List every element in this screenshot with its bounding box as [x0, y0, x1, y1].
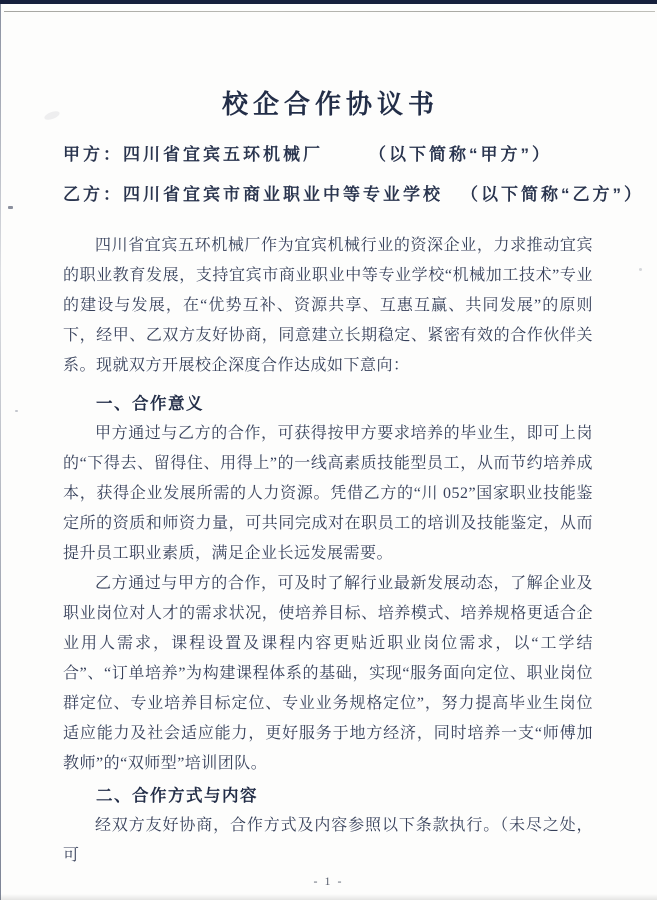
scanned-document-page: 校企合作协议书 甲方：四川省宜宾五环机械厂（以下简称“甲方”） 乙方：四川省宜宾…	[0, 0, 657, 900]
scan-smudge	[43, 109, 60, 121]
section-1-heading: 一、合作意义	[63, 389, 593, 419]
document-body: 校企合作协议书 甲方：四川省宜宾五环机械厂（以下简称“甲方”） 乙方：四川省宜宾…	[63, 0, 593, 871]
party-b-abbreviation: （以下简称“乙方”）	[461, 185, 644, 204]
scan-bottom-edge	[0, 894, 657, 900]
section-2-heading: 二、合作方式与内容	[63, 781, 593, 811]
section-1-paragraph-2: 乙方通过与甲方的合作，可及时了解行业最新发展动态，了解企业及职业岗位对人才的需求…	[63, 569, 593, 779]
party-a-name: 甲方：四川省宜宾五环机械厂	[63, 145, 323, 164]
section-1-paragraph-1: 甲方通过与乙方的合作，可获得按甲方要求培养的毕业生，即可上岗的“下得去、留得住、…	[63, 419, 593, 569]
party-b-name: 乙方：四川省宜宾市商业职业中等专业学校	[63, 185, 443, 204]
scan-speck	[8, 206, 13, 209]
party-a-line: 甲方：四川省宜宾五环机械厂（以下简称“甲方”）	[63, 145, 593, 165]
intro-paragraph: 四川省宜宾五环机械厂作为宜宾机械行业的资深企业，力求推动宜宾的职业教育发展，支持…	[63, 231, 593, 381]
party-b-line: 乙方：四川省宜宾市商业职业中等专业学校（以下简称“乙方”）	[63, 185, 593, 205]
party-a-abbreviation: （以下简称“甲方”）	[369, 145, 552, 164]
page-number: - 1 -	[0, 874, 657, 889]
section-2-paragraph-1: 经双方友好协商，合作方式及内容参照以下条款执行。（未尽之处，可	[63, 811, 593, 871]
scan-left-edge-line	[0, 4, 1, 900]
document-title: 校企合作协议书	[63, 84, 593, 121]
scan-speck	[639, 268, 642, 271]
scan-speck	[15, 410, 18, 412]
